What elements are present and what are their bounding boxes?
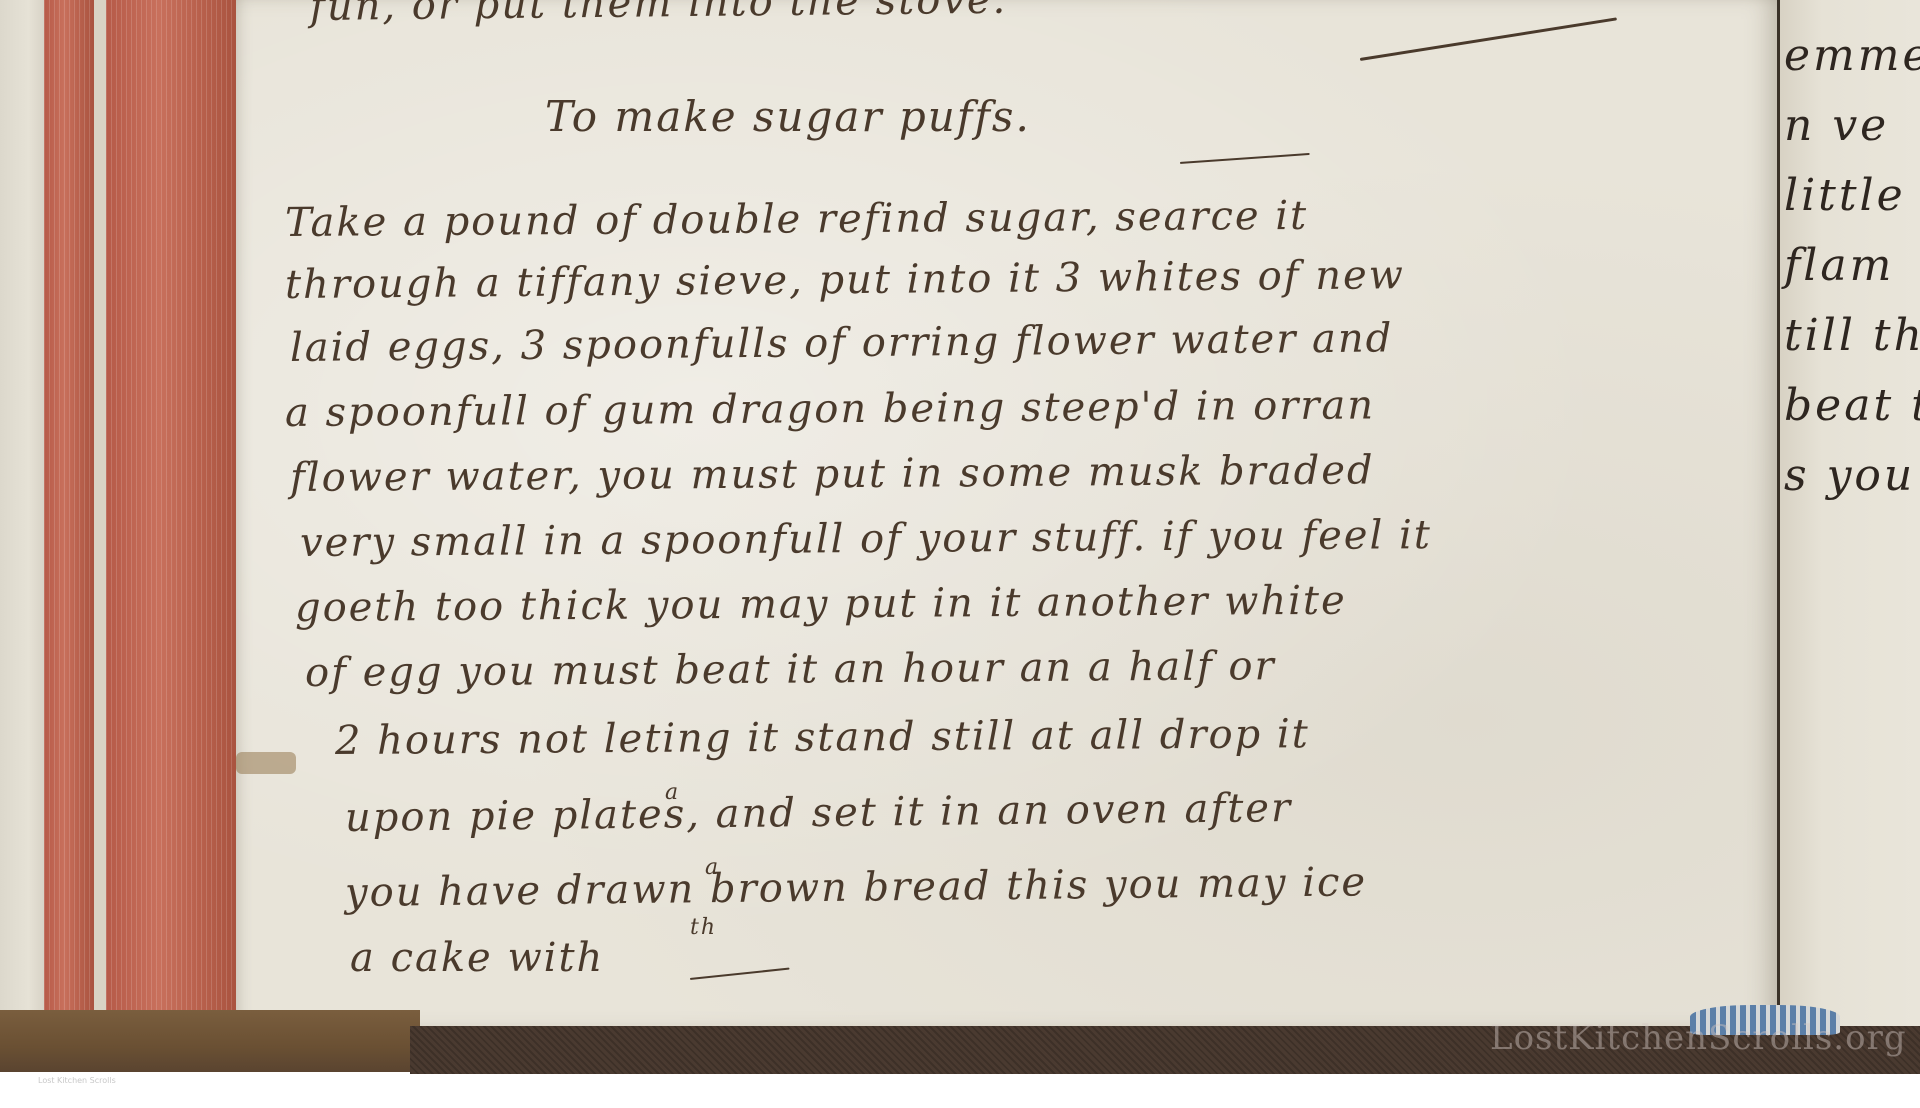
body-line-6: very small in a spoonfull of your stuff.… bbox=[300, 512, 1432, 566]
body-line-3: laid eggs, 3 spoonfulls of orring flower… bbox=[290, 315, 1394, 371]
book-cover-leather bbox=[0, 1010, 420, 1072]
body-line-9: 2 hours not leting it stand still at all… bbox=[335, 711, 1310, 764]
facing-page bbox=[1780, 0, 1920, 1036]
page-edges-gap bbox=[94, 0, 106, 1020]
body-line-8: of egg you must beat it an hour an a hal… bbox=[305, 643, 1276, 696]
body-line-1: Take a pound of double refind sugar, sea… bbox=[285, 193, 1308, 246]
facing-fragment-6: beat t bbox=[1784, 380, 1920, 431]
facing-fragment-3: little bbox=[1784, 170, 1906, 221]
facing-fragment-7: s you bbox=[1784, 450, 1915, 501]
facing-fragment-5: till th bbox=[1784, 310, 1920, 361]
small-watermark: Lost Kitchen Scrolls bbox=[38, 1076, 116, 1085]
body-line-4: a spoonfull of gum dragon being steep'd … bbox=[285, 382, 1375, 436]
facing-fragment-4: flam bbox=[1784, 240, 1894, 291]
manuscript-photo: fun, or put them into the stove. To make… bbox=[0, 0, 1920, 1108]
flyleaf bbox=[0, 0, 48, 1010]
superscript-th: th bbox=[690, 915, 717, 940]
watermark: LostKitchenScrolls.org bbox=[1490, 1018, 1907, 1058]
facing-fragment-2: n ve bbox=[1784, 100, 1889, 151]
recipe-title: To make sugar puffs. bbox=[545, 92, 1031, 141]
page-edges-red-inner bbox=[106, 0, 238, 1020]
gutter-line bbox=[1777, 0, 1780, 1028]
insertion-a-drawn: a bbox=[705, 855, 720, 880]
body-line-7: goeth too thick you may put in it anothe… bbox=[295, 578, 1347, 631]
facing-fragment-1: emme bbox=[1784, 30, 1920, 81]
body-line-2: through a tiffany sieve, put into it 3 w… bbox=[285, 252, 1405, 308]
page-edges-red-outer bbox=[44, 0, 94, 1020]
insertion-a-plates: a bbox=[665, 780, 680, 805]
ink-stain bbox=[236, 752, 296, 774]
body-line-5: flower water, you must put in some musk … bbox=[290, 447, 1375, 501]
body-line-12: a cake with bbox=[350, 935, 604, 981]
